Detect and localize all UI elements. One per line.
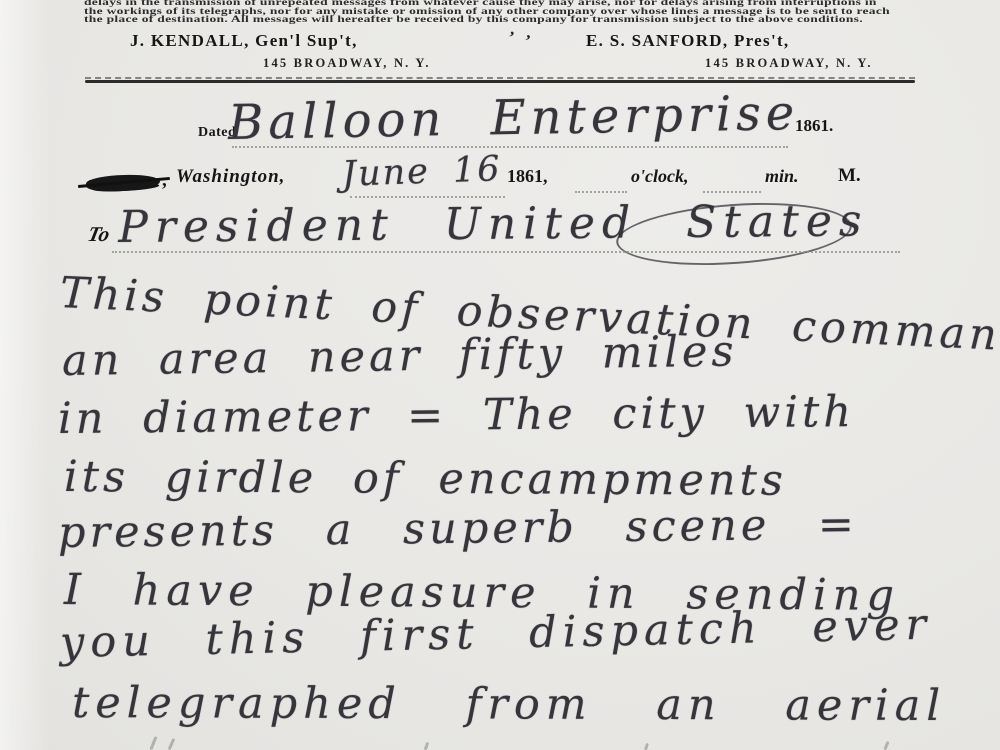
message-line: telegraphed from an aerial [72,678,946,731]
minute-dotted-line [703,191,761,193]
min-label: min. [765,166,799,187]
superintendent-name: J. KENDALL, Gen'l Sup't, [130,31,358,51]
message-line: presents a superb scene = [58,500,858,558]
struck-out-text [86,173,161,193]
to-dotted-line [112,251,900,253]
dated-year-label: 1861. [795,116,833,136]
date-handwritten-value: June 16 [341,149,502,195]
conditions-line: the place of destination. All messages w… [84,15,1000,24]
header-divider-rule [85,80,915,83]
ink-stroke [149,736,157,750]
message-line: its girdle of encampments [64,452,787,506]
ink-stroke [424,742,429,750]
meridiem-label: M. [838,165,861,187]
president-address: 145 BROADWAY, N. Y. [705,56,873,71]
message-line: in diameter = The city with [58,387,855,444]
stray-ink-marks: ’ ’ [506,27,536,52]
scratch-comma-glyph: , [162,170,167,192]
ink-stroke [883,741,889,750]
conditions-fine-print: delays in the transmission of unrepeated… [84,0,916,24]
ink-stroke [168,738,175,750]
dated-handwritten-value: Balloon Enterprise [228,85,800,151]
to-label: To [85,222,112,247]
message-line: an area near fifty miles [62,327,738,386]
date-dotted-line [350,196,505,198]
hour-dotted-line [575,191,627,193]
ink-stroke [644,743,649,750]
place-label: Washington, [176,166,285,188]
superintendent-address: 145 BROADWAY, N. Y. [263,56,431,71]
oclock-label: o'clock, [631,166,688,187]
year-label: 1861, [507,166,548,187]
telegram-document: delays in the transmission of unrepeated… [0,0,1000,750]
president-name: E. S. SANFORD, Pres't, [586,31,789,51]
